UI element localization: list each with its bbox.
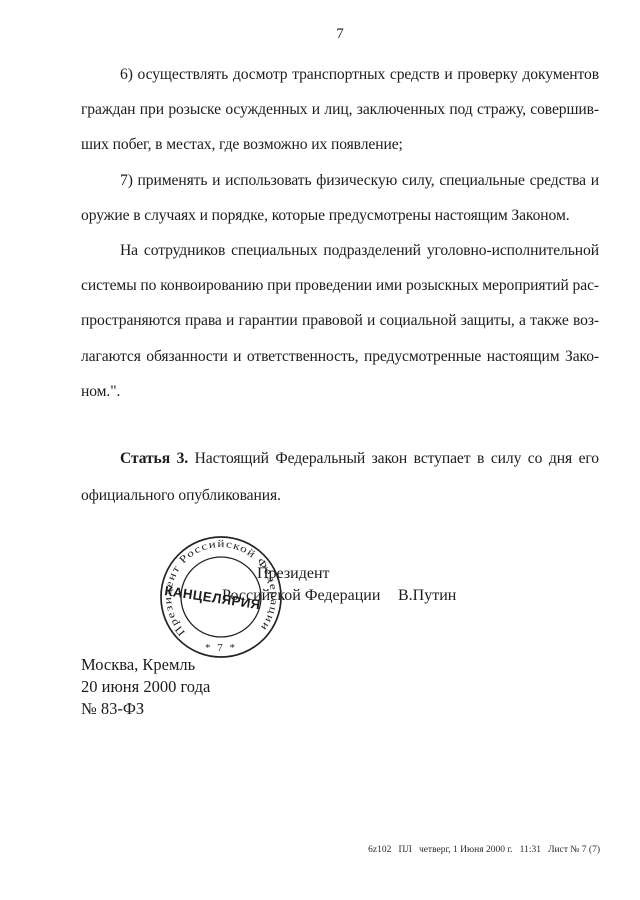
body-line: системы по конвоированию при проведении … xyxy=(81,268,599,303)
body-line: ном.". xyxy=(81,374,599,409)
body-line: пространяются права и гарантии правовой … xyxy=(81,303,599,338)
date-line: 20 июня 2000 года xyxy=(81,676,210,698)
body-text: 6) осуществлять досмотр транспортных сре… xyxy=(81,57,599,409)
document-page: 7 6) осуществлять досмотр транспортных с… xyxy=(0,0,640,900)
stamp-center-text: КАНЦЕЛЯРИЯ xyxy=(164,583,262,612)
place-date-block: Москва, Кремль 20 июня 2000 года № 83-ФЗ xyxy=(81,654,210,719)
article-label: Статья 3. xyxy=(120,450,188,467)
body-line: граждан при розыске осужденных и лиц, за… xyxy=(81,92,599,127)
footer-print-info: 6z102 ПЛ четверг, 1 Июня 2000 г. 11:31 Л… xyxy=(368,845,600,855)
stamp-bottom-number: * 7 * xyxy=(205,642,237,654)
page-number: 7 xyxy=(40,26,640,43)
body-line: оружие в случаях и порядке, которые пред… xyxy=(81,198,599,233)
article-line: официального опубликования. xyxy=(81,477,599,514)
article-line: Статья 3. Настоящий Федеральный закон вс… xyxy=(81,440,599,477)
place-line: Москва, Кремль xyxy=(81,654,210,676)
body-line: лагаются обязанности и ответственность, … xyxy=(81,339,599,374)
article-line-rest: Настоящий Федеральный закон вступает в с… xyxy=(195,450,599,467)
article-paragraph: Статья 3. Настоящий Федеральный закон вс… xyxy=(81,440,599,514)
body-line: 6) осуществлять досмотр транспортных сре… xyxy=(81,57,599,92)
body-line: 7) применять и использовать физическую с… xyxy=(81,163,599,198)
body-line: ших побег, в местах, где возможно их поя… xyxy=(81,127,599,162)
body-line: На сотрудников специальных подразделений… xyxy=(81,233,599,268)
chancellery-seal-stamp: Президент Российской Федерации КАНЦЕЛЯРИ… xyxy=(155,533,287,665)
signature-name: В.Путин xyxy=(398,587,456,605)
law-number-line: № 83-ФЗ xyxy=(81,698,210,720)
